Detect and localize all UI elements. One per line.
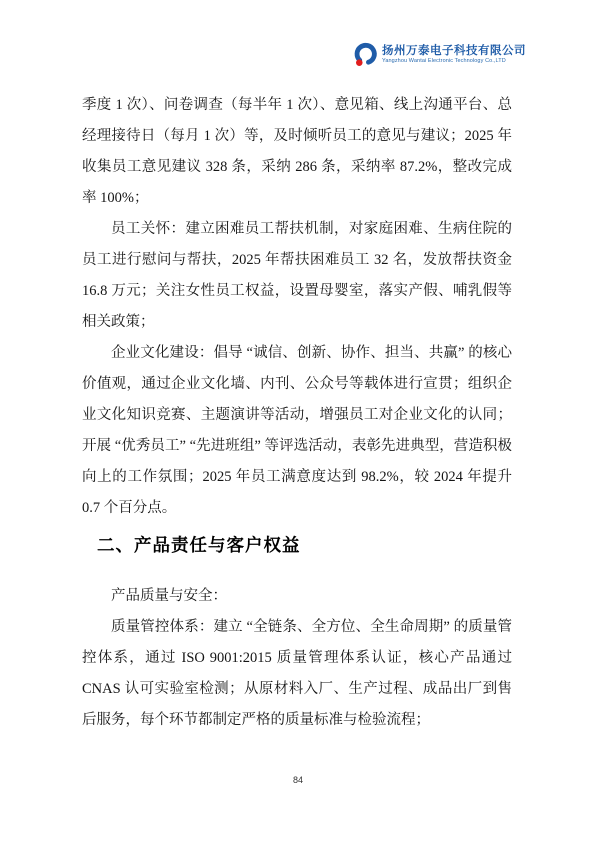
page-footer: 84 xyxy=(0,774,596,786)
body-paragraph: 季度 1 次）、问卷调查（每半年 1 次）、意见箱、线上沟通平台、总经理接待日（… xyxy=(82,90,512,214)
body-text-block-1: 季度 1 次）、问卷调查（每半年 1 次）、意见箱、线上沟通平台、总经理接待日（… xyxy=(82,90,512,524)
body-paragraph: 产品质量与安全： xyxy=(82,581,512,612)
page-number: 84 xyxy=(293,775,303,785)
logo-text: 扬州万泰电子科技有限公司 Yangzhou Wantai Electronic … xyxy=(382,45,526,65)
body-paragraph: 企业文化建设：倡导 “诚信、创新、协作、担当、共赢” 的核心价值观，通过企业文化… xyxy=(82,338,512,524)
body-text-block-2: 产品质量与安全： 质量管控体系：建立 “全链条、全方位、全生命周期” 的质量管控… xyxy=(82,581,512,736)
document-page: 扬州万泰电子科技有限公司 Yangzhou Wantai Electronic … xyxy=(0,0,596,842)
company-name-en: Yangzhou Wantai Electronic Technology Co… xyxy=(382,58,526,65)
company-name-cn: 扬州万泰电子科技有限公司 xyxy=(382,45,526,58)
logo-swoosh-icon xyxy=(354,41,379,68)
body-paragraph: 质量管控体系：建立 “全链条、全方位、全生命周期” 的质量管控体系，通过 ISO… xyxy=(82,612,512,736)
body-paragraph: 员工关怀：建立困难员工帮扶机制，对家庭困难、生病住院的员工进行慰问与帮扶，202… xyxy=(82,214,512,338)
section-heading: 二、产品责任与客户权益 xyxy=(97,532,301,558)
company-logo: 扬州万泰电子科技有限公司 Yangzhou Wantai Electronic … xyxy=(354,41,526,68)
